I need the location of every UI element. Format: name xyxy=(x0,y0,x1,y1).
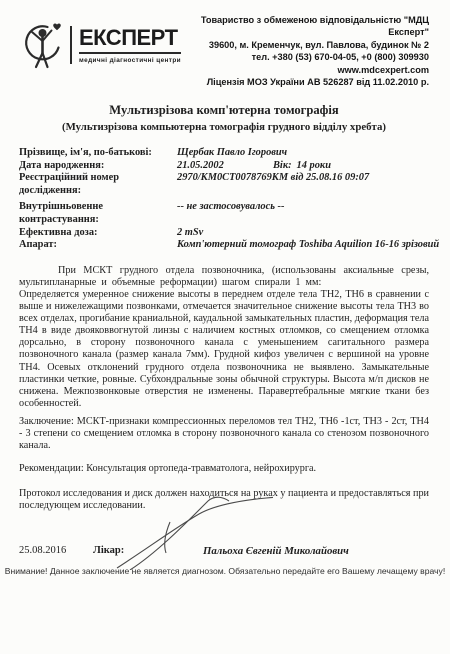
birthdate-value: 21.05.2002 xyxy=(177,160,273,173)
company-name-line1: Товариство з обмеженою відповідальністю … xyxy=(192,14,429,26)
field-row-name: Прізвище, ім'я, по-батькові: Щербак Павл… xyxy=(19,147,429,160)
field-value: 2970/КМ0СТ0078769КМ від 25.08.16 09:07 xyxy=(177,172,369,197)
field-value: 21.05.2002Вік:14 роки xyxy=(177,160,331,173)
logo-figure-heart-icon xyxy=(19,20,65,72)
age-label: Вік: xyxy=(273,160,292,171)
clinic-logo: ЕКСПЕРТ медичні діагностичні центри xyxy=(19,10,181,94)
field-value: 2 mSv xyxy=(177,227,203,240)
company-name-line2: Експерт" xyxy=(192,26,429,38)
field-label: Апарат: xyxy=(19,239,177,252)
doctor-label: Лікар: xyxy=(93,545,124,556)
signature-row: 25.08.2016 Лікар: Пальоха Євгеній Микола… xyxy=(19,545,429,559)
company-address: 39600, м. Кременчук, вул. Павлова, будин… xyxy=(192,39,429,51)
body-recommendations: Рекомендации: Консультация ортопеда-трав… xyxy=(19,463,429,475)
body-intro: При МСКТ грудного отдела позвоночника, (… xyxy=(19,265,429,289)
company-phone: тел. +380 (53) 670-04-05, +0 (800) 30993… xyxy=(192,51,429,63)
company-details: Товариство з обмеженою відповідальністю … xyxy=(192,14,429,94)
patient-fields: Прізвище, ім'я, по-батькові: Щербак Павл… xyxy=(19,147,429,252)
field-label: Дата народження: xyxy=(19,160,177,173)
logo-tagline: медичні діагностичні центри xyxy=(79,54,181,64)
field-row-registration: Реєстраційний номер дослідження: 2970/КМ… xyxy=(19,172,429,197)
field-label: Прізвище, ім'я, по-батькові: xyxy=(19,147,177,160)
field-label: Реєстраційний номер дослідження: xyxy=(19,172,177,197)
company-website: www.mdcexpert.com xyxy=(192,64,429,76)
logo-brand: ЕКСПЕРТ xyxy=(79,26,181,54)
doctor-name: Пальоха Євгеній Миколайович xyxy=(203,545,349,557)
field-row-apparatus: Апарат: Комп'ютерний томограф Toshiba Aq… xyxy=(19,239,429,252)
report-subtitle: (Мультизрізова компьютерна томографія гр… xyxy=(19,121,429,133)
logo-text-block: ЕКСПЕРТ медичні діагностичні центри xyxy=(70,26,181,64)
field-value: Щербак Павло Ігорович xyxy=(177,147,287,160)
report-header: ЕКСПЕРТ медичні діагностичні центри Това… xyxy=(19,10,429,94)
warning-note: Внимание! Данное заключение не является … xyxy=(0,566,450,576)
company-license: Ліцензія МОЗ України АВ 526287 від 11.02… xyxy=(192,76,429,88)
report-date: 25.08.2016 xyxy=(19,545,66,556)
field-row-contrast: Внутрішньовенне контрастування: -- не за… xyxy=(19,201,429,226)
field-row-dose: Ефективна доза: 2 mSv xyxy=(19,227,429,240)
body-findings: Определяется умеренное снижение высоты в… xyxy=(19,289,429,410)
body-conclusion: Заключение: МСКТ-признаки компрессионных… xyxy=(19,416,429,452)
field-value: -- не застосовувалось -- xyxy=(177,201,284,226)
field-value: Комп'ютерний томограф Toshiba Aquilion 1… xyxy=(177,239,439,252)
field-label: Ефективна доза: xyxy=(19,227,177,240)
field-row-birthdate: Дата народження: 21.05.2002Вік:14 роки xyxy=(19,160,429,173)
report-title: Мультизрізова комп'ютерна томографія xyxy=(19,103,429,118)
age-value: 14 роки xyxy=(297,160,331,171)
field-label: Внутрішньовенне контрастування: xyxy=(19,201,177,226)
scanned-report-page: ЕКСПЕРТ медичні діагностичні центри Това… xyxy=(0,0,450,654)
